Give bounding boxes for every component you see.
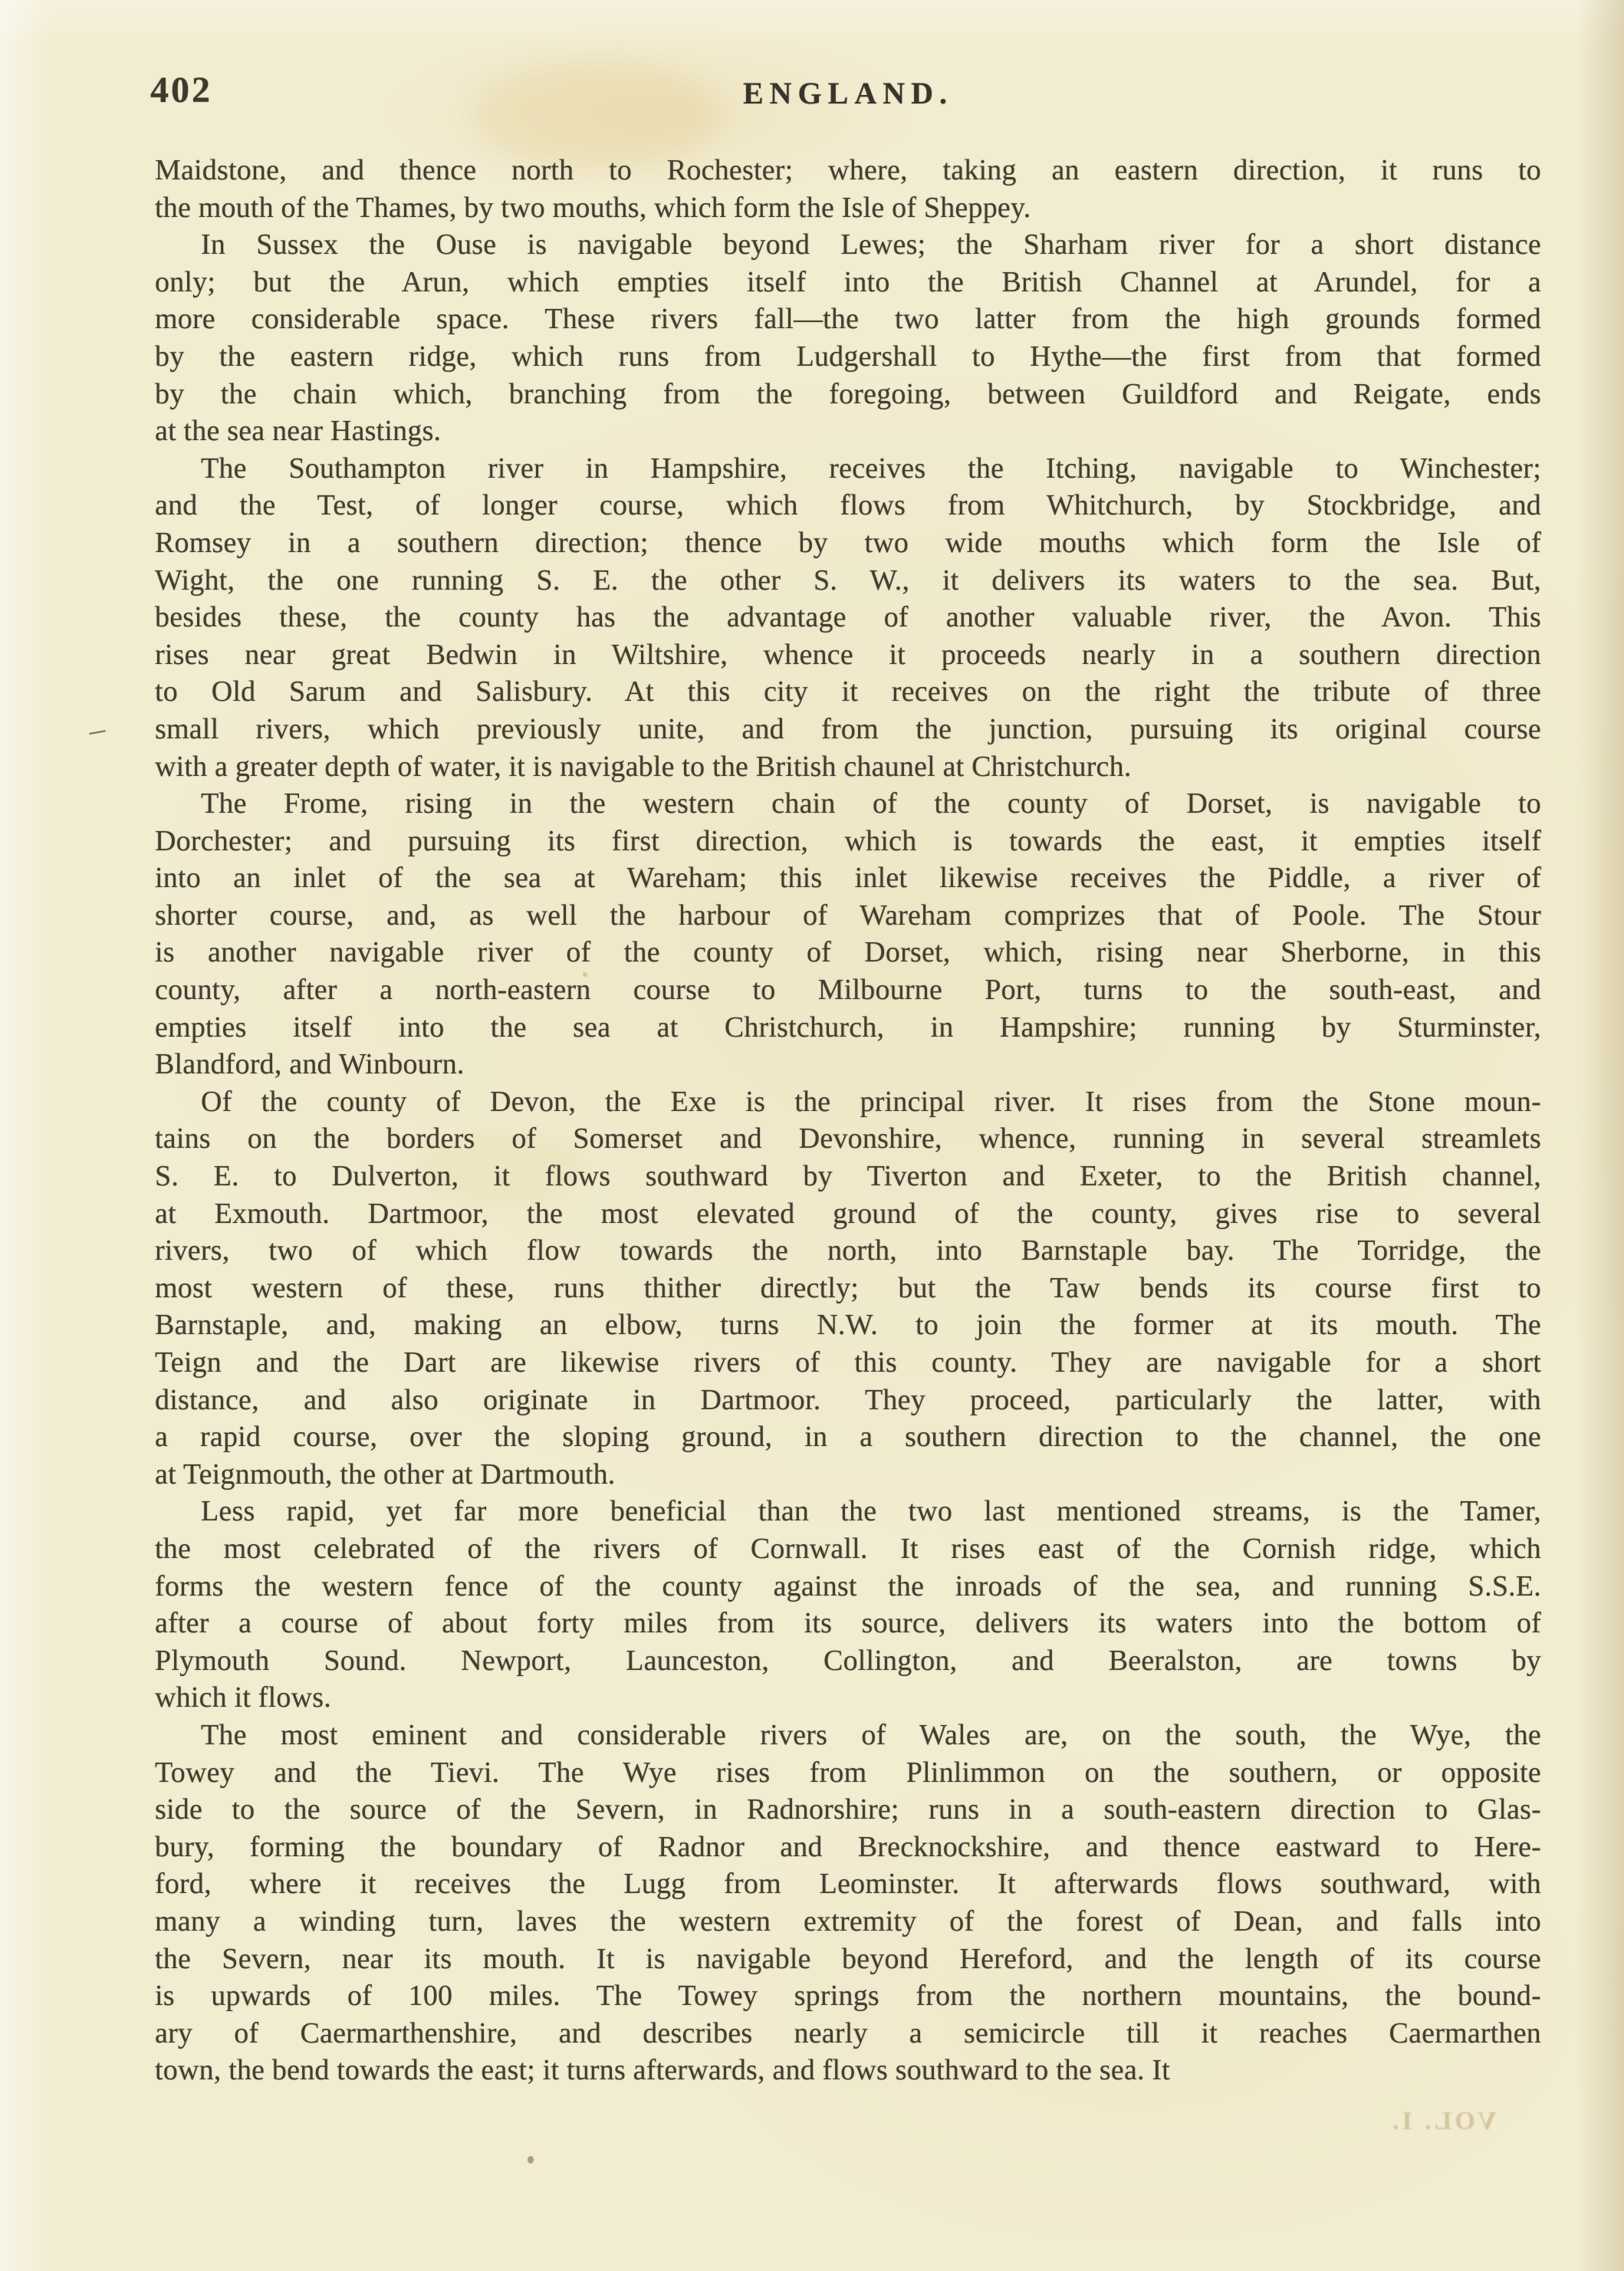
ink-speck bbox=[528, 2156, 534, 2164]
text-line: at the sea near Hastings. bbox=[155, 412, 1541, 450]
text-line: at Teignmouth, the other at Dartmouth. bbox=[155, 1456, 1541, 1494]
text-line: small rivers, which previously unite, an… bbox=[155, 711, 1541, 748]
ink-speck bbox=[583, 972, 587, 977]
text-line: Dorchester; and pursuing its first direc… bbox=[155, 823, 1541, 860]
text-line: county, after a north-eastern course to … bbox=[155, 971, 1541, 1009]
text-line: Barnstaple, and, making an elbow, turns … bbox=[155, 1306, 1541, 1344]
margin-pencil-mark: – bbox=[86, 711, 108, 750]
text-line: and the Test, of longer course, which fl… bbox=[155, 487, 1541, 524]
text-line: more considerable space. These rivers fa… bbox=[155, 301, 1541, 338]
text-line: after a course of about forty miles from… bbox=[155, 1605, 1541, 1642]
text-line: Blandford, and Winbourn. bbox=[155, 1046, 1541, 1083]
text-line: by the chain which, branching from the f… bbox=[155, 376, 1541, 413]
text-line: many a winding turn, laves the western e… bbox=[155, 1903, 1541, 1941]
text-line: The Southampton river in Hampshire, rece… bbox=[155, 450, 1541, 488]
text-line: at Exmouth. Dartmoor, the most elevated … bbox=[155, 1195, 1541, 1233]
text-line: In Sussex the Ouse is navigable beyond L… bbox=[155, 226, 1541, 264]
text-line: only; but the Arun, which empties itself… bbox=[155, 264, 1541, 301]
text-line: rivers, two of which flow towards the no… bbox=[155, 1232, 1541, 1270]
paragraph: The Frome, rising in the western chain o… bbox=[155, 785, 1541, 1083]
body-text: Maidstone, and thence north to Rochester… bbox=[155, 152, 1541, 2089]
text-line: town, the bend towards the east; it turn… bbox=[155, 2052, 1541, 2089]
text-line: Maidstone, and thence north to Rochester… bbox=[155, 152, 1541, 189]
text-line: S. E. to Dulverton, it flows southward b… bbox=[155, 1158, 1541, 1195]
text-line: rises near great Bedwin in Wiltshire, wh… bbox=[155, 636, 1541, 674]
text-line: the Severn, near its mouth. It is naviga… bbox=[155, 1941, 1541, 1978]
text-line: the mouth of the Thames, by two mouths, … bbox=[155, 189, 1541, 227]
text-line: empties itself into the sea at Christchu… bbox=[155, 1009, 1541, 1047]
text-line: bury, forming the boundary of Radnor and… bbox=[155, 1829, 1541, 1866]
text-line: ford, where it receives the Lugg from Le… bbox=[155, 1865, 1541, 1903]
text-line: Teign and the Dart are likewise rivers o… bbox=[155, 1344, 1541, 1382]
text-line: is upwards of 100 miles. The Towey sprin… bbox=[155, 1977, 1541, 2015]
text-line: Wight, the one running S. E. the other S… bbox=[155, 562, 1541, 600]
paragraph: The Southampton river in Hampshire, rece… bbox=[155, 450, 1541, 785]
text-line: shorter course, and, as well the harbour… bbox=[155, 897, 1541, 935]
page-edge-shadow bbox=[1581, 0, 1624, 2271]
paragraph: Of the county of Devon, the Exe is the p… bbox=[155, 1083, 1541, 1494]
text-line: The Frome, rising in the western chain o… bbox=[155, 785, 1541, 823]
bleed-through-text: VOL. I. bbox=[1389, 2107, 1497, 2136]
text-line: by the eastern ridge, which runs from Lu… bbox=[155, 338, 1541, 376]
paragraph: The most eminent and considerable rivers… bbox=[155, 1717, 1541, 2089]
paragraph: In Sussex the Ouse is navigable beyond L… bbox=[155, 226, 1541, 450]
paragraph: Less rapid, yet far more beneficial than… bbox=[155, 1493, 1541, 1717]
text-line: distance, and also originate in Dartmoor… bbox=[155, 1382, 1541, 1419]
text-line: side to the source of the Severn, in Rad… bbox=[155, 1791, 1541, 1829]
text-line: which it flows. bbox=[155, 1679, 1541, 1717]
running-header: ENGLAND. bbox=[155, 75, 1541, 111]
text-line: Less rapid, yet far more beneficial than… bbox=[155, 1493, 1541, 1530]
text-line: Romsey in a southern direction; thence b… bbox=[155, 524, 1541, 562]
paragraph: Maidstone, and thence north to Rochester… bbox=[155, 152, 1541, 226]
text-line: ary of Caermarthenshire, and describes n… bbox=[155, 2015, 1541, 2052]
text-line: Of the county of Devon, the Exe is the p… bbox=[155, 1083, 1541, 1121]
text-line: the most celebrated of the rivers of Cor… bbox=[155, 1530, 1541, 1568]
text-line: to Old Sarum and Salisbury. At this city… bbox=[155, 673, 1541, 711]
text-line: besides these, the county has the advant… bbox=[155, 599, 1541, 636]
text-line: with a greater depth of water, it is nav… bbox=[155, 748, 1541, 786]
text-line: is another navigable river of the county… bbox=[155, 934, 1541, 971]
text-line: most western of these, runs thither dire… bbox=[155, 1270, 1541, 1307]
text-line: into an inlet of the sea at Wareham; thi… bbox=[155, 859, 1541, 897]
text-line: Plymouth Sound. Newport, Launceston, Col… bbox=[155, 1642, 1541, 1680]
text-line: a rapid course, over the sloping ground,… bbox=[155, 1418, 1541, 1456]
text-line: forms the western fence of the county ag… bbox=[155, 1568, 1541, 1605]
text-line: The most eminent and considerable rivers… bbox=[155, 1717, 1541, 1754]
book-page: 402 ENGLAND. Maidstone, and thence north… bbox=[0, 0, 1624, 2271]
text-line: Towey and the Tievi. The Wye rises from … bbox=[155, 1754, 1541, 1792]
text-line: tains on the borders of Somerset and Dev… bbox=[155, 1120, 1541, 1158]
